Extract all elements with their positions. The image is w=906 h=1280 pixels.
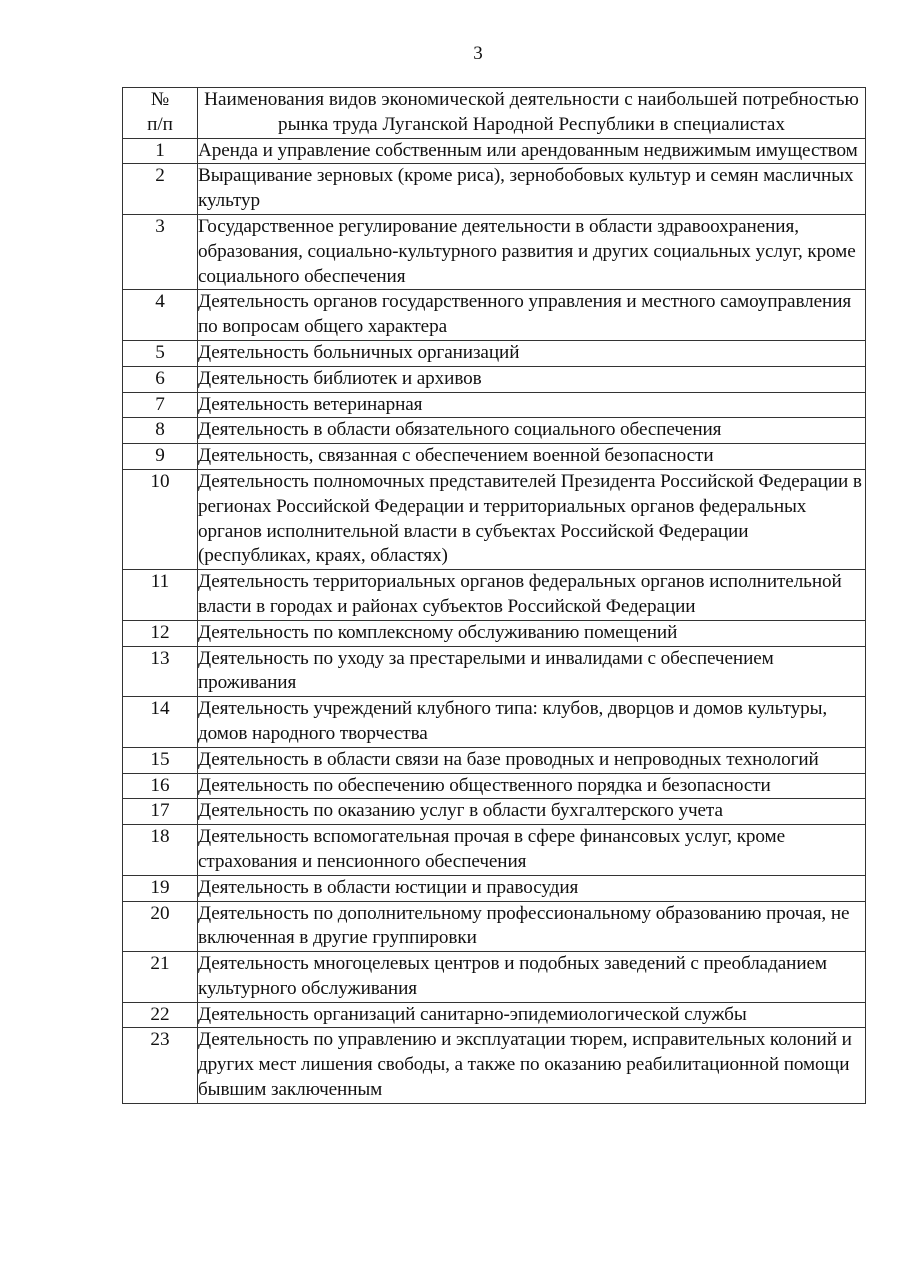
row-number: 10 bbox=[123, 469, 198, 569]
activity-name: Деятельность по управлению и эксплуатаци… bbox=[198, 1028, 866, 1103]
table-header-row: № п/п Наименования видов экономической д… bbox=[123, 88, 866, 139]
row-number: 8 bbox=[123, 418, 198, 444]
row-number: 23 bbox=[123, 1028, 198, 1103]
table-row: 1Аренда и управление собственным или аре… bbox=[123, 138, 866, 164]
row-number: 19 bbox=[123, 875, 198, 901]
table-row: 23Деятельность по управлению и эксплуата… bbox=[123, 1028, 866, 1103]
table-row: 19Деятельность в области юстиции и право… bbox=[123, 875, 866, 901]
activity-name: Деятельность полномочных представителей … bbox=[198, 469, 866, 569]
table-body: 1Аренда и управление собственным или аре… bbox=[123, 138, 866, 1103]
table-row: 3Государственное регулирование деятельно… bbox=[123, 214, 866, 289]
row-number: 11 bbox=[123, 570, 198, 621]
activity-name: Деятельность по комплексному обслуживани… bbox=[198, 620, 866, 646]
table-row: 10Деятельность полномочных представителе… bbox=[123, 469, 866, 569]
row-number: 15 bbox=[123, 747, 198, 773]
activity-name: Деятельность, связанная с обеспечением в… bbox=[198, 444, 866, 470]
activity-name: Деятельность вспомогательная прочая в сф… bbox=[198, 825, 866, 876]
activity-name: Деятельность по уходу за престарелыми и … bbox=[198, 646, 866, 697]
table-row: 6Деятельность библиотек и архивов bbox=[123, 366, 866, 392]
row-number: 16 bbox=[123, 773, 198, 799]
activity-name: Деятельность учреждений клубного типа: к… bbox=[198, 697, 866, 748]
row-number: 2 bbox=[123, 164, 198, 215]
table-row: 15Деятельность в области связи на базе п… bbox=[123, 747, 866, 773]
row-number: 13 bbox=[123, 646, 198, 697]
row-number: 12 bbox=[123, 620, 198, 646]
activity-name: Деятельность ветеринарная bbox=[198, 392, 866, 418]
column-header-number-line2: п/п bbox=[123, 113, 197, 138]
activity-name: Деятельность по оказанию услуг в области… bbox=[198, 799, 866, 825]
row-number: 21 bbox=[123, 952, 198, 1003]
table-row: 16Деятельность по обеспечению общественн… bbox=[123, 773, 866, 799]
table-row: 22Деятельность организаций санитарно-эпи… bbox=[123, 1002, 866, 1028]
activity-name: Государственное регулирование деятельнос… bbox=[198, 214, 866, 289]
row-number: 22 bbox=[123, 1002, 198, 1028]
table-row: 18Деятельность вспомогательная прочая в … bbox=[123, 825, 866, 876]
activity-name: Деятельность в области связи на базе про… bbox=[198, 747, 866, 773]
row-number: 4 bbox=[123, 290, 198, 341]
activity-name: Деятельность многоцелевых центров и подо… bbox=[198, 952, 866, 1003]
row-number: 3 bbox=[123, 214, 198, 289]
table-row: 5Деятельность больничных организаций bbox=[123, 340, 866, 366]
activity-name: Деятельность в области юстиции и правосу… bbox=[198, 875, 866, 901]
row-number: 18 bbox=[123, 825, 198, 876]
table-row: 21Деятельность многоцелевых центров и по… bbox=[123, 952, 866, 1003]
table-row: 20Деятельность по дополнительному профес… bbox=[123, 901, 866, 952]
column-header-activity-name: Наименования видов экономической деятель… bbox=[198, 88, 866, 139]
table-row: 2Выращивание зерновых (кроме риса), зерн… bbox=[123, 164, 866, 215]
activity-name: Деятельность органов государственного уп… bbox=[198, 290, 866, 341]
economic-activities-table: № п/п Наименования видов экономической д… bbox=[122, 87, 866, 1104]
page-number: 3 bbox=[0, 42, 906, 66]
row-number: 7 bbox=[123, 392, 198, 418]
table-row: 7Деятельность ветеринарная bbox=[123, 392, 866, 418]
activity-name: Деятельность больничных организаций bbox=[198, 340, 866, 366]
table-row: 14Деятельность учреждений клубного типа:… bbox=[123, 697, 866, 748]
table-row: 12Деятельность по комплексному обслужива… bbox=[123, 620, 866, 646]
table-row: 17Деятельность по оказанию услуг в облас… bbox=[123, 799, 866, 825]
activity-name: Деятельность по дополнительному професси… bbox=[198, 901, 866, 952]
column-header-number: № п/п bbox=[123, 88, 198, 139]
activity-name: Деятельность территориальных органов фед… bbox=[198, 570, 866, 621]
row-number: 1 bbox=[123, 138, 198, 164]
activity-name: Деятельность в области обязательного соц… bbox=[198, 418, 866, 444]
activity-name: Аренда и управление собственным или арен… bbox=[198, 138, 866, 164]
row-number: 14 bbox=[123, 697, 198, 748]
column-header-number-line1: № bbox=[123, 88, 197, 113]
table-row: 4Деятельность органов государственного у… bbox=[123, 290, 866, 341]
activity-name: Деятельность библиотек и архивов bbox=[198, 366, 866, 392]
table-row: 13Деятельность по уходу за престарелыми … bbox=[123, 646, 866, 697]
table-row: 11Деятельность территориальных органов ф… bbox=[123, 570, 866, 621]
table-row: 9Деятельность, связанная с обеспечением … bbox=[123, 444, 866, 470]
activity-name: Деятельность организаций санитарно-эпиде… bbox=[198, 1002, 866, 1028]
activity-name: Выращивание зерновых (кроме риса), зерно… bbox=[198, 164, 866, 215]
row-number: 9 bbox=[123, 444, 198, 470]
row-number: 6 bbox=[123, 366, 198, 392]
row-number: 20 bbox=[123, 901, 198, 952]
row-number: 5 bbox=[123, 340, 198, 366]
table-row: 8Деятельность в области обязательного со… bbox=[123, 418, 866, 444]
row-number: 17 bbox=[123, 799, 198, 825]
activity-name: Деятельность по обеспечению общественног… bbox=[198, 773, 866, 799]
